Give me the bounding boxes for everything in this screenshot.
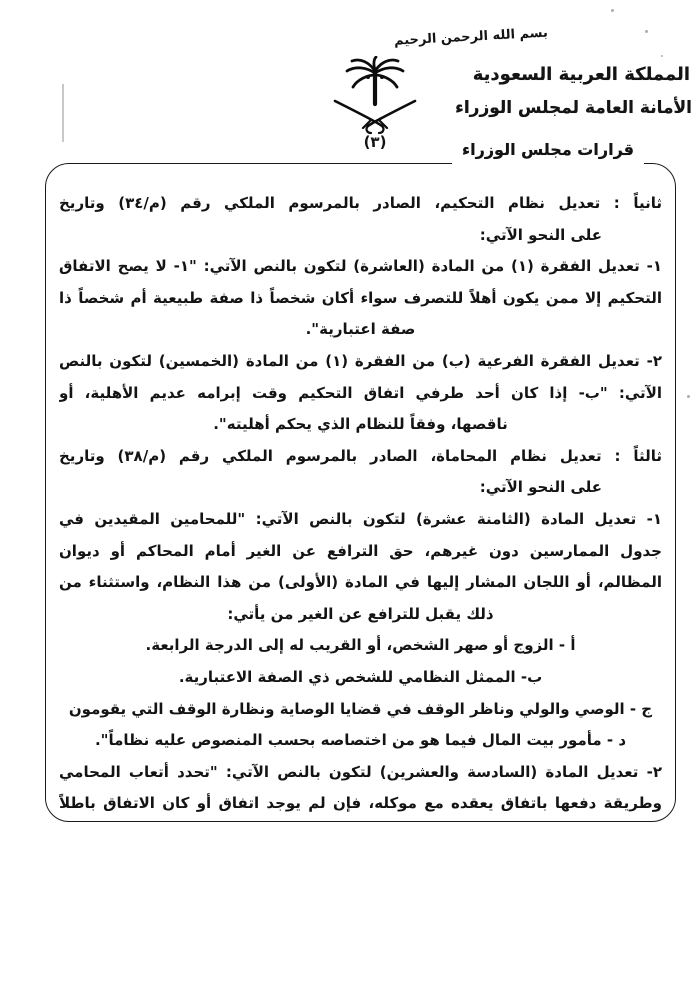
saudi-emblem-icon (327, 56, 423, 136)
document-line: ج - الوصي والولي وناظر الوقف في قضايا ال… (59, 694, 662, 726)
resolution-text-box: ثانياً : تعديل نظام التحكيم، الصادر بالم… (45, 163, 676, 822)
document-line: على النحو الآتي: (59, 472, 662, 504)
document-line: ثالثاً : تعديل نظام المحاماة، الصادر بال… (59, 441, 662, 473)
document-line: ١- تعديل المادة (الثامنة عشرة) لتكون بال… (59, 504, 662, 536)
document-line: أ - الزوج أو صهر الشخص، أو القريب له إلى… (59, 630, 662, 662)
decisions-section-title: قرارات مجلس الوزراء (452, 136, 644, 164)
document-line: ١- تعديل الفقرة (١) من المادة (العاشرة) … (59, 251, 662, 283)
scanned-document-page: { "header": { "bismillah": "بسم الله الر… (0, 0, 700, 1000)
document-line: جدول الممارسين دون غيرهم، حق الترافع عن … (59, 536, 662, 568)
scan-margin-line (62, 84, 64, 142)
document-line: التحكيم إلا ممن يكون أهلاً للتصرف سواء أ… (59, 283, 662, 315)
document-line: ناقصها، وفقاً للنظام الذي يحكم أهليته". (59, 409, 662, 441)
scan-speck (687, 395, 690, 398)
secretariat-name: الأمانة العامة لمجلس الوزراء (455, 98, 692, 118)
document-line: المظالم، أو اللجان المشار إليها في الماد… (59, 567, 662, 599)
scan-speck (645, 30, 648, 33)
document-line: الآتي: "ب- إذا كان أحد طرفي اتفاق التحكي… (59, 378, 662, 410)
document-line: ٢- تعديل المادة (السادسة والعشرين) لتكون… (59, 757, 662, 789)
scan-speck (611, 9, 614, 12)
scan-speck (661, 55, 663, 57)
document-line: وطريقة دفعها باتفاق يعقده مع موكله، فإن … (59, 788, 662, 820)
document-line: على النحو الآتي: (59, 220, 662, 252)
bismillah-calligraphy: بسم الله الرحمن الرحيم (394, 26, 535, 48)
document-line: ثانياً : تعديل نظام التحكيم، الصادر بالم… (59, 188, 662, 220)
page-number: (٣) (327, 133, 423, 151)
document-line: ٢- تعديل الفقرة الفرعية (ب) من الفقرة (١… (59, 346, 662, 378)
document-line: ذلك يقبل للترافع عن الغير من يأتي: (59, 599, 662, 631)
document-line: صفة اعتبارية". (59, 314, 662, 346)
kingdom-name: المملكة العربية السعودية (473, 64, 690, 85)
document-line: ب- الممثل النظامي للشخص ذي الصفة الاعتبا… (59, 662, 662, 694)
document-line: د - مأمور بيت المال فيما هو من اختصاصه ب… (59, 725, 662, 757)
